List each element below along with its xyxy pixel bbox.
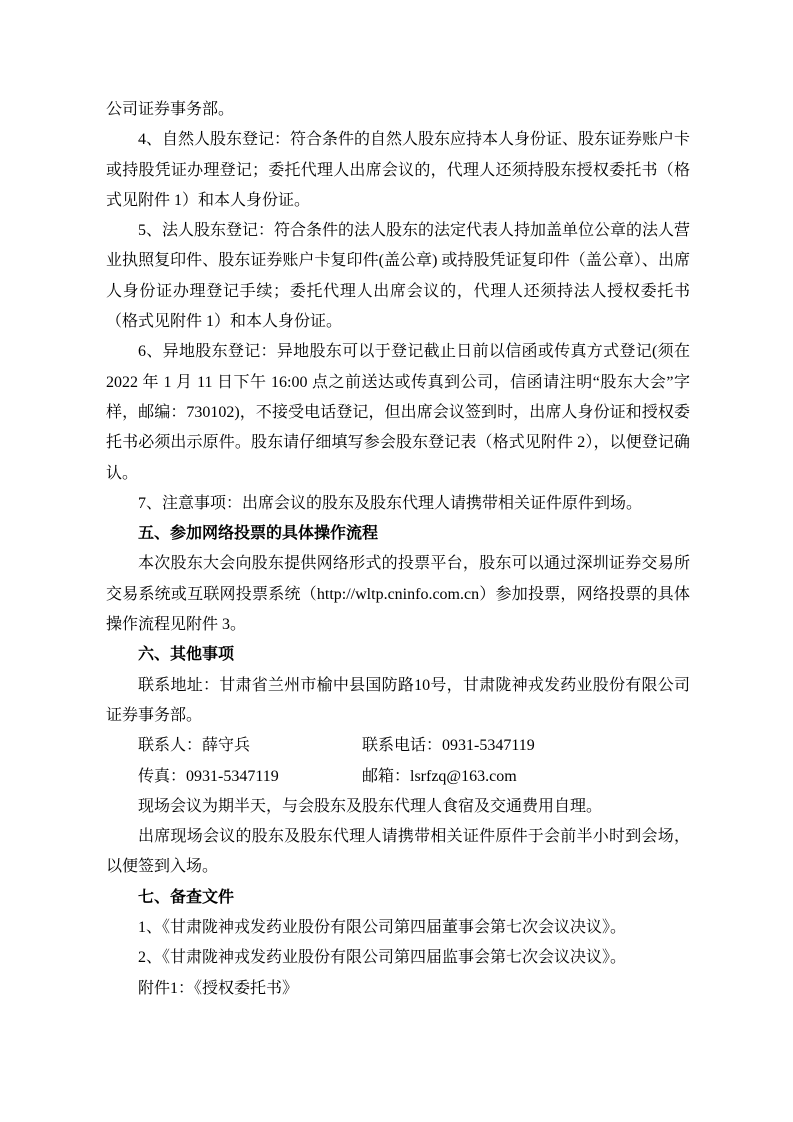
paragraph-meeting-duration-expenses: 现场会议为期半天，与会股东及股东代理人食宿及交通费用自理。 [106, 792, 690, 822]
section-heading-other-matters: 六、其他事项 [106, 640, 690, 670]
paragraph-reference-supervisory-resolution: 2、《甘肃陇神戎发药业股份有限公司第四届监事会第七次会议决议》。 [106, 943, 690, 973]
contact-phone: 联系电话：0931-5347119 [362, 731, 535, 761]
paragraph-natural-person-shareholder-registration: 4、自然人股东登记：符合条件的自然人股东应持本人身份证、股东证券账户卡或持股凭证… [106, 125, 690, 216]
paragraph-remote-shareholder-registration: 6、异地股东登记：异地股东可以于登记截止日前以信函或传真方式登记(须在 2022… [106, 337, 690, 488]
paragraph-attention-notes: 7、注意事项：出席会议的股东及股东代理人请携带相关证件原件到场。 [106, 489, 690, 519]
section-heading-reference-documents: 七、备查文件 [106, 883, 690, 913]
document-body: 公司证券事务部。 4、自然人股东登记：符合条件的自然人股东应持本人身份证、股东证… [106, 95, 690, 1004]
paragraph-network-voting-platform: 本次股东大会向股东提供网络形式的投票平台，股东可以通过深圳证券交易所交易系统或互… [106, 549, 690, 640]
paragraph-contact-address: 联系地址：甘肃省兰州市榆中县国防路10号，甘肃陇神戎发药业股份有限公司证券事务部… [106, 671, 690, 732]
contact-row-person-phone: 联系人：薛守兵联系电话：0931-5347119 [138, 731, 690, 761]
contact-row-fax-email: 传真：0931-5347119邮箱：lsrfzq@163.com [138, 762, 690, 792]
contact-email: 邮箱：lsrfzq@163.com [362, 762, 517, 792]
document-page: 公司证券事务部。 4、自然人股东登记：符合条件的自然人股东应持本人身份证、股东证… [0, 0, 793, 1122]
paragraph-legal-person-shareholder-registration: 5、法人股东登记：符合条件的法人股东的法定代表人持加盖单位公章的法人营业执照复印… [106, 216, 690, 337]
contact-fax: 传真：0931-5347119 [138, 762, 362, 792]
paragraph-reference-board-resolution: 1、《甘肃陇神戎发药业股份有限公司第四届董事会第七次会议决议》。 [106, 913, 690, 943]
paragraph-attachment-1-proxy-form: 附件1：《授权委托书》 [106, 974, 690, 1004]
section-heading-network-voting-procedure: 五、参加网络投票的具体操作流程 [106, 519, 690, 549]
paragraph-securities-dept-continuation: 公司证券事务部。 [106, 95, 690, 125]
paragraph-arrive-early-sign-in: 出席现场会议的股东及股东代理人请携带相关证件原件于会前半小时到会场，以便签到入场… [106, 822, 690, 883]
contact-person: 联系人：薛守兵 [138, 731, 362, 761]
